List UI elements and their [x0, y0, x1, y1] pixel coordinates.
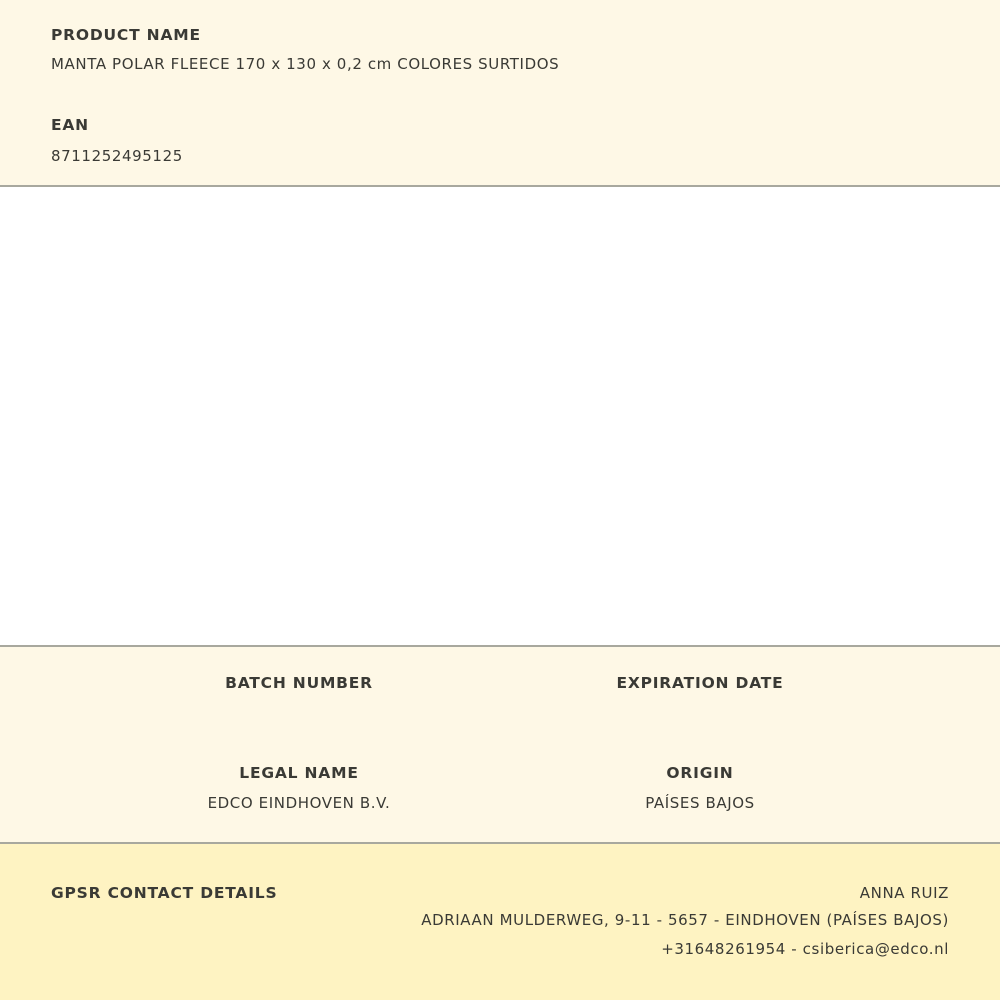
product-name-label: PRODUCT NAME: [51, 26, 201, 44]
gpsr-contact-address: ADRIAAN MULDERWEG, 9-11 - 5657 - EINDHOV…: [421, 911, 949, 929]
gpsr-contact-label: GPSR CONTACT DETAILS: [51, 884, 277, 902]
ean-value: 8711252495125: [51, 147, 183, 165]
expiration-date-label: EXPIRATION DATE: [616, 674, 783, 692]
product-info-section: PRODUCT NAME MANTA POLAR FLEECE 170 x 13…: [0, 0, 1000, 185]
ean-label: EAN: [51, 116, 89, 134]
legal-name-label: LEGAL NAME: [239, 764, 358, 782]
gpsr-contact-phone-email: +31648261954 - csiberica@edco.nl: [661, 940, 949, 958]
details-section: BATCH NUMBER EXPIRATION DATE LEGAL NAME …: [0, 647, 1000, 842]
legal-name-value: EDCO EINDHOVEN B.V.: [208, 794, 391, 812]
product-name-value: MANTA POLAR FLEECE 170 x 130 x 0,2 cm CO…: [51, 55, 559, 73]
gpsr-contact-section: GPSR CONTACT DETAILS ANNA RUIZ ADRIAAN M…: [0, 844, 1000, 1000]
origin-value: PAÍSES BAJOS: [645, 794, 755, 812]
gpsr-contact-name: ANNA RUIZ: [860, 884, 949, 902]
origin-label: ORIGIN: [666, 764, 733, 782]
blank-content-area: [0, 187, 1000, 646]
batch-number-label: BATCH NUMBER: [225, 674, 373, 692]
